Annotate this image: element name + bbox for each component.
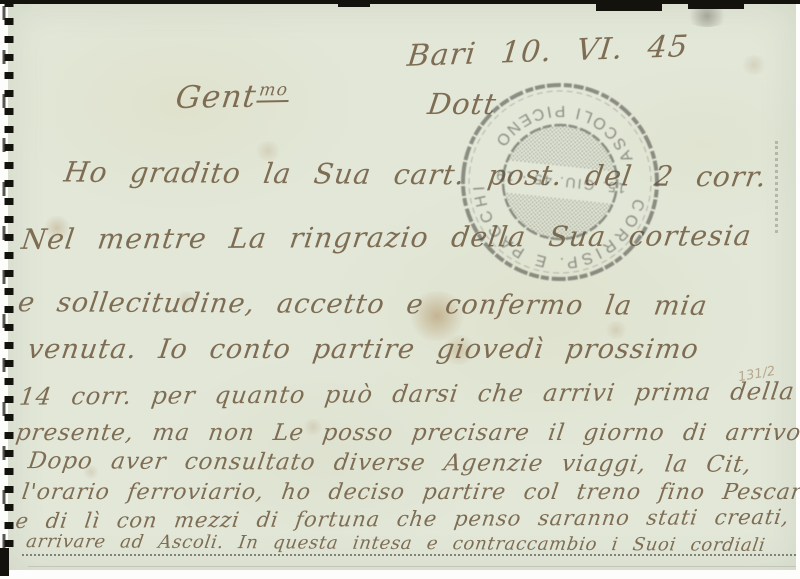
foxing-stain: [740, 55, 768, 75]
salutation-word: Gent: [174, 79, 259, 116]
postmark-stamp: CORRISP. E PACCHI ASCOLI PICENO 15. GIU.…: [454, 79, 666, 285]
handwritten-line: arrivare ad Ascoli. In questa intesa e c…: [25, 531, 767, 556]
handwritten-line: venuta. Io conto partire giovedì prossim…: [26, 334, 701, 365]
card-bottom-edge-line: [28, 566, 796, 567]
handwritten-line: l'orario ferroviario, ho deciso partire …: [20, 480, 800, 505]
scanned-lettercard: Bari 10. VI. 45 Gentmo Dott Ho gradito l…: [0, 0, 800, 579]
scan-left-perforated-edge: [0, 0, 20, 562]
scan-top-notch: [596, 0, 662, 11]
scan-top-notch: [688, 0, 744, 9]
handwritten-line: presente, ma non Le posso precisare il g…: [14, 420, 800, 446]
postmark-date-text: 15. GIU. 45 · 19: [494, 167, 627, 197]
postmark-hatch-top: [500, 192, 613, 244]
scan-bottom-left-mark: [0, 548, 9, 576]
handwritten-line: e sollecitudine, accetto e confermo la m…: [16, 287, 710, 322]
right-perforation-marks: [775, 141, 778, 233]
dateline: Bari 10. VI. 45: [406, 29, 691, 74]
scan-top-notch: [338, 0, 370, 7]
lettercard-paper: Bari 10. VI. 45 Gentmo Dott Ho gradito l…: [8, 3, 796, 570]
handwritten-line: e di lì con mezzi di fortuna che penso s…: [14, 505, 791, 533]
scan-top-edge: [0, 0, 800, 4]
salutation: Gentmo: [174, 78, 292, 116]
perforation-serration-line: [22, 554, 796, 556]
handwritten-line: Dopo aver consultato diverse Agenzie via…: [26, 448, 753, 478]
postmark-rotated-group: CORRISP. E PACCHI ASCOLI PICENO 15. GIU.…: [454, 79, 666, 285]
handwritten-line: 14 corr. per quanto può darsi che arrivi…: [18, 377, 797, 410]
salutation-superscript: mo: [256, 80, 292, 103]
